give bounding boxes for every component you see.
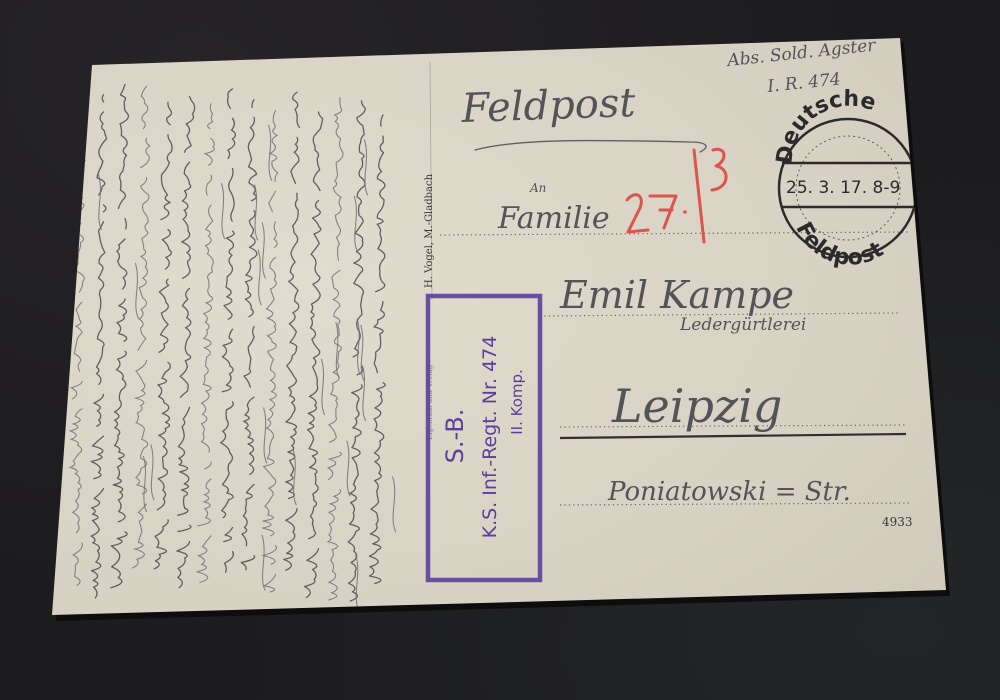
stamp-line-3: II. Komp. — [508, 369, 526, 435]
handwritten-line — [154, 102, 172, 569]
unit-stamp: S.-B. K.S. Inf.-Regt. Nr. 474 II. Komp. — [428, 296, 540, 580]
feldpost-underline — [475, 140, 706, 152]
handwritten-stroke — [362, 366, 365, 421]
handwritten-stroke — [356, 555, 359, 610]
handwritten-stroke — [151, 445, 154, 500]
feldpost-handwritten: Feldpost — [460, 80, 637, 132]
address-city: Leipzig — [611, 379, 782, 433]
handwritten-line — [369, 115, 385, 583]
handwritten-stroke — [347, 441, 350, 496]
handwritten-line — [305, 112, 323, 598]
handwritten-stroke — [258, 250, 261, 305]
handwritten-line — [133, 86, 150, 568]
handwritten-stroke — [135, 264, 138, 319]
handwritten-line — [221, 89, 236, 572]
stamp-line-2: K.S. Inf.-Regt. Nr. 474 — [479, 336, 501, 539]
address-title: Familie — [497, 201, 610, 236]
handwritten-line — [91, 95, 107, 598]
handwritten-line — [70, 90, 85, 586]
postmark-top-arc: Deutsche — [772, 87, 879, 166]
handwritten-line — [111, 84, 129, 587]
handwritten-stroke — [393, 477, 396, 532]
handwritten-line — [197, 104, 215, 593]
handwritten-stroke — [98, 174, 101, 229]
handwritten-line — [177, 97, 195, 598]
postcard-ink-layer: H. Vogel, M.-Gladbach Eigentum und Verla… — [0, 0, 1000, 700]
feldpost-postmark: Deutsche Feldpost 25. 3. 17. 8-9 — [772, 87, 920, 271]
city-underline — [560, 434, 906, 438]
handwritten-line — [328, 98, 343, 600]
postmark-date: 25. 3. 17. 8-9 — [786, 178, 900, 198]
message-handwriting — [70, 84, 396, 610]
handwritten-stroke — [222, 184, 225, 239]
handwritten-stroke — [264, 408, 267, 463]
address-name: Emil Kampe — [559, 273, 794, 317]
address-street: Poniatowski = Str. — [607, 477, 851, 507]
stamp-line-1: S.-B. — [441, 409, 469, 464]
handwritten-stroke — [262, 223, 265, 278]
handwritten-line — [241, 100, 257, 570]
handwritten-line — [284, 92, 300, 580]
handwritten-stroke — [354, 196, 357, 251]
handwritten-stroke — [365, 140, 368, 195]
handwritten-line — [262, 111, 277, 592]
publisher-imprint: H. Vogel, M.-Gladbach — [424, 173, 435, 288]
handwritten-stroke — [322, 359, 325, 414]
catalog-number: 4933 — [882, 515, 913, 529]
sender-line-1: Abs. Sold. Agster — [724, 35, 877, 71]
address-prefix: An — [529, 181, 546, 195]
postmark-bottom-arc: Feldpost — [790, 218, 888, 271]
handwritten-stroke — [262, 535, 265, 590]
address-occupation: Ledergürtlerei — [679, 315, 806, 335]
